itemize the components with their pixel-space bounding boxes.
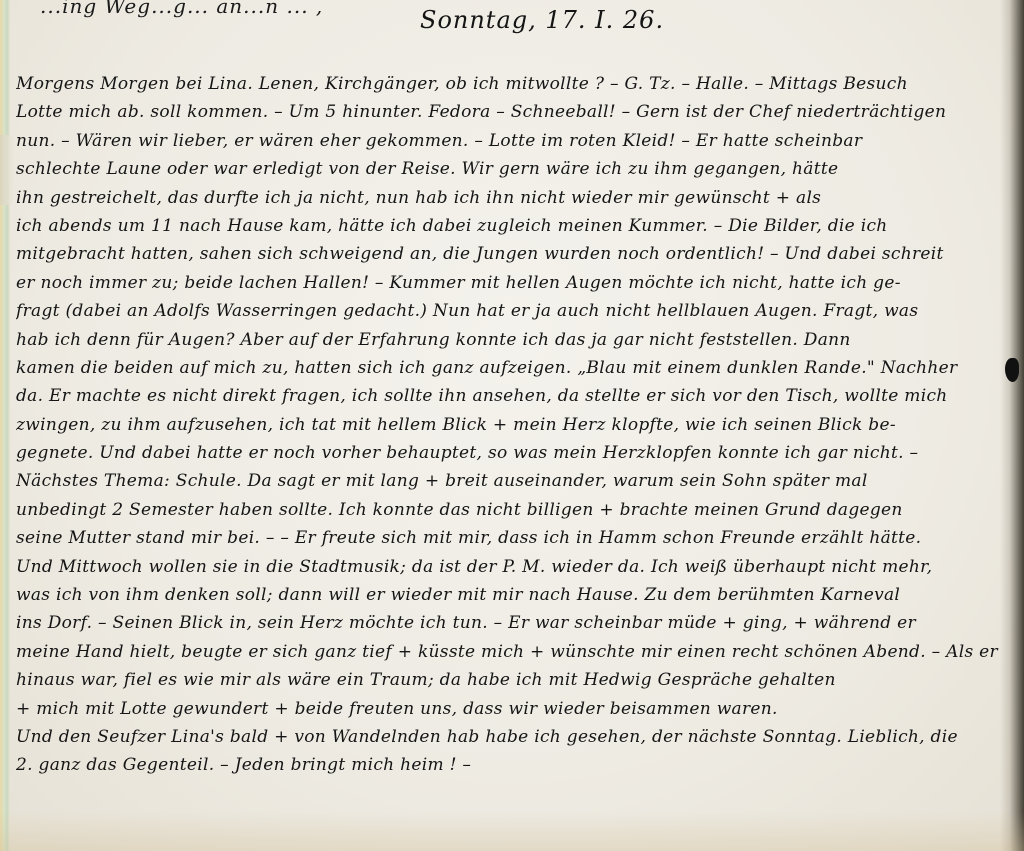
text-line: Und den Seufzer Lina's bald + von Wandel… xyxy=(16,723,1016,751)
text-line: 2. ganz das Gegenteil. – Jeden bringt mi… xyxy=(16,751,1016,779)
text-line: hinaus war, fiel es wie mir als wäre ein… xyxy=(16,666,1016,694)
text-line: zwingen, zu ihm aufzusehen, ich tat mit … xyxy=(16,411,1016,439)
text-line: da. Er machte es nicht direkt fragen, ic… xyxy=(16,382,1016,410)
text-line: ins Dorf. – Seinen Blick in, sein Herz m… xyxy=(16,609,1016,637)
text-line: gegnete. Und dabei hatte er noch vorher … xyxy=(16,439,1016,467)
text-line: Nächstes Thema: Schule. Da sagt er mit l… xyxy=(16,467,1016,495)
diary-page: ...ing Weg...g... an...n ... , Sonntag, … xyxy=(0,0,1024,851)
text-line: ihn gestreichelt, das durfte ich ja nich… xyxy=(16,184,1016,212)
text-line: Morgens Morgen bei Lina. Lenen, Kirchgän… xyxy=(16,70,1016,98)
text-line: mitgebracht hatten, sahen sich schweigen… xyxy=(16,240,1016,268)
text-line: schlechte Laune oder war erledigt von de… xyxy=(16,155,1016,183)
text-line: fragt (dabei an Adolfs Wasserringen geda… xyxy=(16,297,1016,325)
text-line: was ich von ihm denken soll; dann will e… xyxy=(16,581,1016,609)
text-line: + mich mit Lotte gewundert + beide freut… xyxy=(16,695,1016,723)
binding-strip xyxy=(0,0,10,851)
handwritten-text-body: Morgens Morgen bei Lina. Lenen, Kirchgän… xyxy=(16,70,1016,780)
text-line: unbedingt 2 Semester haben sollte. Ich k… xyxy=(16,496,1016,524)
text-line: nun. – Wären wir lieber, er wären eher g… xyxy=(16,127,1016,155)
text-line: seine Mutter stand mir bei. – – Er freut… xyxy=(16,524,1016,552)
text-line: ich abends um 11 nach Hause kam, hätte i… xyxy=(16,212,1016,240)
text-line: er noch immer zu; beide lachen Hallen! –… xyxy=(16,269,1016,297)
text-line: kamen die beiden auf mich zu, hatten sic… xyxy=(16,354,1016,382)
text-line: Lotte mich ab. soll kommen. – Um 5 hinun… xyxy=(16,98,1016,126)
page-bottom-stain xyxy=(0,811,1024,851)
text-line: hab ich denn für Augen? Aber auf der Erf… xyxy=(16,326,1016,354)
date-heading: Sonntag, 17. I. 26. xyxy=(420,6,664,34)
text-line: meine Hand hielt, beugte er sich ganz ti… xyxy=(16,638,1016,666)
cut-off-header-line: ...ing Weg...g... an...n ... , xyxy=(40,0,380,18)
text-line: Und Mittwoch wollen sie in die Stadtmusi… xyxy=(16,553,1016,581)
binding-tear xyxy=(0,135,14,205)
